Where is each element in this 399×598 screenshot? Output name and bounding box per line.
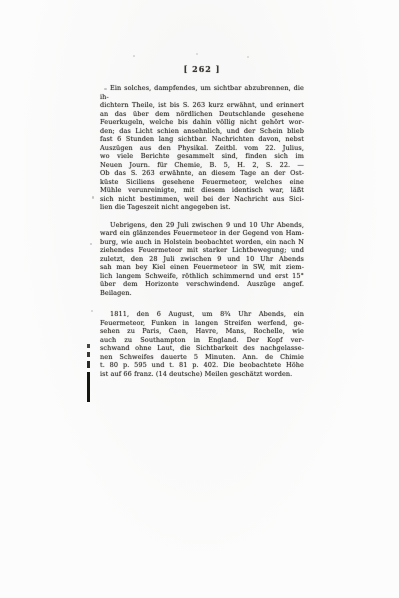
text-line: 1811, den 6 August, um 8¾ Uhr Abends, ei… [100, 310, 304, 319]
text-block: [ 262 ] Ein solches, dampfendes, um sich… [100, 64, 304, 378]
text-line: ist auf 66 franz. (14 deutsche) Meilen g… [100, 370, 304, 379]
text-line: sah man bey Kiel einen Feuermeteor in SW… [100, 263, 304, 272]
paragraph: 1811, den 6 August, um 8¾ Uhr Abends, ei… [100, 310, 304, 378]
text-line: Mühle verunreinigte, mit diesem identisc… [100, 186, 304, 195]
margin-ink-mark [87, 344, 90, 402]
margin-speck [91, 310, 93, 312]
scanned-book-page: [ 262 ] Ein solches, dampfendes, um sich… [0, 0, 399, 598]
text-line: Auszügen aus den Physikal. Zeitbl. vom 2… [100, 144, 304, 153]
text-line: Uebrigens, den 29 Juli zwischen 9 und 10… [100, 221, 304, 230]
text-line: Ob das S. 263 erwähnte, an diesem Tage a… [100, 169, 304, 178]
text-line: nen Schweifes dauerte 5 Minuten. Ann. de… [100, 353, 304, 362]
text-line: zuletzt, den 28 Juli zwischen 9 und 10 U… [100, 255, 304, 264]
text-line: ward ein glänzendes Feuermeteor in der G… [100, 229, 304, 238]
text-line: an das über dem nördlichen Deutschlande … [100, 110, 304, 119]
text-line: küste Siciliens gesehene Feuermeteor, we… [100, 178, 304, 187]
text-line: lien die Tageszeit nicht angegeben ist. [100, 203, 304, 212]
margin-speck [90, 243, 92, 245]
text-line: dichtern Theile, ist bis S. 263 kurz erw… [100, 101, 304, 110]
paragraph: Uebrigens, den 29 Juli zwischen 9 und 10… [100, 221, 304, 298]
text-line: sehen zu Paris, Caen, Havre, Mans, Roche… [100, 327, 304, 336]
text-line: burg, wie auch in Holstein beobachtet wo… [100, 238, 304, 247]
text-line: den; das Licht schien ansehnlich, und de… [100, 127, 304, 136]
text-line: Feuermeteor, Funken in langen Streifen w… [100, 319, 304, 328]
text-line: Feuerkugeln, welche bis dahin völlig nic… [100, 118, 304, 127]
text-line: sich nicht bestimmen, weil bei der Nachr… [100, 195, 304, 204]
text-line: ziehendes Feuermeteor mit starker Lichtb… [100, 246, 304, 255]
text-line: lich langem Schweife, röthlich schimmern… [100, 272, 304, 281]
text-line: auch zu Southampton in England. Der Kopf… [100, 336, 304, 345]
paragraph: Ein solches, dampfendes, um sichtbar abz… [100, 84, 304, 212]
margin-speck [92, 196, 94, 199]
paragraphs: Ein solches, dampfendes, um sichtbar abz… [100, 84, 304, 378]
text-line: über dem Horizonte verschwindend. Auszüg… [100, 280, 304, 289]
paper-speck [133, 55, 135, 57]
text-line: Neuen Journ. für Chemie, B. 5, H. 2, S. … [100, 161, 304, 170]
paper-speck [247, 56, 249, 58]
text-line: wo viele Berichte gesammelt sind, finden… [100, 152, 304, 161]
text-line: fast 6 Stunden lang sichtbar. Nachrichte… [100, 135, 304, 144]
text-line: Ein solches, dampfendes, um sichtbar abz… [100, 84, 304, 101]
page-number-header: [ 262 ] [100, 64, 304, 74]
paper-speck [196, 53, 198, 55]
text-line: schwand ohne Laut, die Sichtbarkeit des … [100, 344, 304, 353]
text-line: t. 80 p. 595 und t. 81 p. 402. Die beoba… [100, 361, 304, 370]
text-line: Beilagen. [100, 289, 304, 298]
